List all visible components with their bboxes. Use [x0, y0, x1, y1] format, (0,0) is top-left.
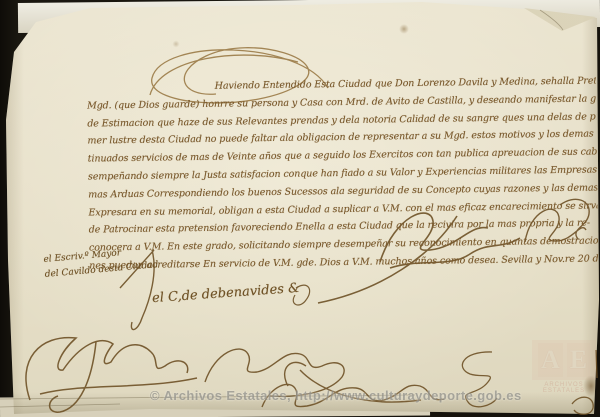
archive-logo-letter-a: A: [538, 343, 563, 377]
scanned-manuscript-page: Haviendo Entendido Esta Ciudad que Don L…: [0, 0, 600, 417]
archive-logo-box: A E: [532, 340, 596, 380]
archive-logo-letter-e: E: [567, 343, 590, 377]
copyright-watermark: © Archivos Estatales, http://www.cultura…: [150, 388, 595, 403]
manuscript-body-text: Haviendo Entendido Esta Ciudad que Don L…: [87, 72, 599, 275]
